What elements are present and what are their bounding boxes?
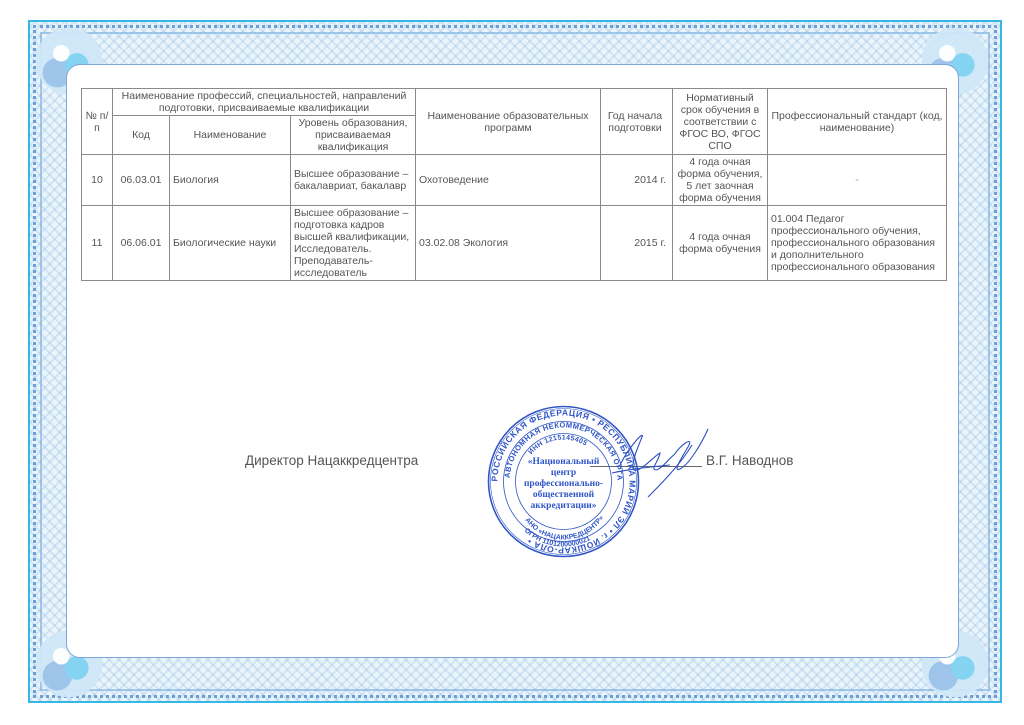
table-row: 11 06.06.01 Биологические науки Высшее о… bbox=[82, 206, 947, 281]
col-header-code: Код bbox=[113, 116, 170, 155]
cell-level: Высшее образование – бакалавриат, бакала… bbox=[291, 155, 416, 206]
signature-icon bbox=[600, 425, 720, 500]
cell-name: Биологические науки bbox=[170, 206, 291, 281]
col-header-standard: Профессиональный стандарт (код, наименов… bbox=[768, 89, 947, 155]
cell-code: 06.03.01 bbox=[113, 155, 170, 206]
cell-program: 03.02.08 Экология bbox=[416, 206, 601, 281]
cell-num: 10 bbox=[82, 155, 113, 206]
col-header-year: Год начала подготовки bbox=[601, 89, 673, 155]
cell-level: Высшее образование – подготовка кадров в… bbox=[291, 206, 416, 281]
svg-text:общественной: общественной bbox=[533, 489, 595, 500]
svg-text:центр: центр bbox=[551, 468, 576, 478]
table-header-row: № п/п Наименование профессий, специально… bbox=[82, 89, 947, 116]
cell-code: 06.06.01 bbox=[113, 206, 170, 281]
col-header-duration: Нормативный срок обучения в соответствии… bbox=[673, 89, 768, 155]
svg-text:аккредитации»: аккредитации» bbox=[530, 501, 596, 511]
director-title: Директор Нацаккредцентра bbox=[245, 453, 418, 468]
cell-num: 11 bbox=[82, 206, 113, 281]
cell-standard: - bbox=[768, 155, 947, 206]
table-row: 10 06.03.01 Биология Высшее образование … bbox=[82, 155, 947, 206]
cell-duration: 4 года очная форма обучения, 5 лет заочн… bbox=[673, 155, 768, 206]
cell-standard: 01.004 Педагог профессионального обучени… bbox=[768, 206, 947, 281]
col-header-group: Наименование профессий, специальностей, … bbox=[113, 89, 416, 116]
cell-name: Биология bbox=[170, 155, 291, 206]
cell-program: Охотоведение bbox=[416, 155, 601, 206]
col-header-level: Уровень образования, присваиваемая квали… bbox=[291, 116, 416, 155]
cell-duration: 4 года очная форма обучения bbox=[673, 206, 768, 281]
svg-text:ИНН 1215145405: ИНН 1215145405 bbox=[527, 434, 588, 456]
cell-year: 2014 г. bbox=[601, 155, 673, 206]
col-header-num: № п/п bbox=[82, 89, 113, 155]
col-header-name: Наименование bbox=[170, 116, 291, 155]
svg-text:профессионально-: профессионально- bbox=[524, 478, 603, 489]
qualifications-table: № п/п Наименование профессий, специально… bbox=[81, 88, 947, 281]
svg-text:«Национальный: «Национальный bbox=[528, 456, 600, 467]
col-header-program: Наименование образовательных программ bbox=[416, 89, 601, 155]
cell-year: 2015 г. bbox=[601, 206, 673, 281]
